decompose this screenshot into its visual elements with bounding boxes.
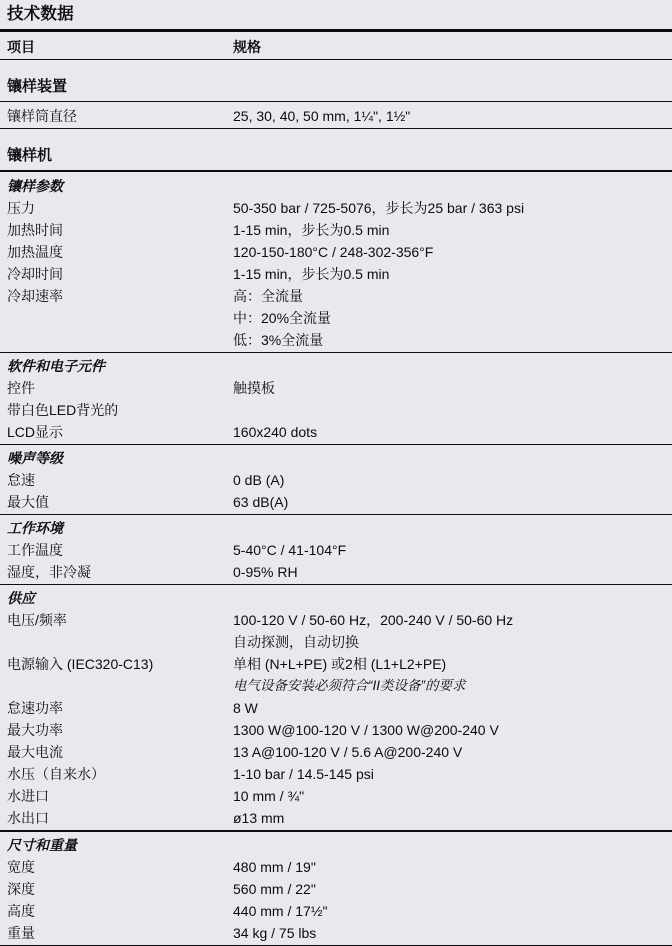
section: 镶样机镶样参数压力50-350 bar / 725-5076，步长为25 bar… bbox=[0, 148, 672, 946]
row-label: 最大电流 bbox=[0, 741, 233, 763]
row-value: 440 mm / 17½" bbox=[233, 900, 672, 922]
section-groups: 镶样筒直径25, 30, 40, 50 mm, 1¼", 1½" bbox=[0, 105, 672, 129]
row-value-line: 120-150-180°C / 248-302-356°F bbox=[233, 241, 666, 263]
column-header-item: 项目 bbox=[0, 40, 233, 55]
row-value: 480 mm / 19" bbox=[233, 856, 672, 878]
section-groups: 镶样参数压力50-350 bar / 725-5076，步长为25 bar / … bbox=[0, 175, 672, 946]
row-value: 63 dB(A) bbox=[233, 491, 672, 513]
group-divider bbox=[0, 830, 672, 831]
group-title: 供应 bbox=[0, 587, 672, 609]
row-value-line: 5-40°C / 41-104°F bbox=[233, 539, 666, 561]
row-value: 13 A@100-120 V / 5.6 A@200-240 V bbox=[233, 741, 672, 763]
spec-row: 加热时间1-15 min，步长为0.5 min bbox=[0, 219, 672, 241]
row-value-line: 1-10 bar / 14.5-145 psi bbox=[233, 763, 666, 785]
row-label: 冷却速率 bbox=[0, 285, 233, 307]
spec-row: 压力50-350 bar / 725-5076，步长为25 bar / 363 … bbox=[0, 197, 672, 219]
row-value-line: 1-15 min，步长为0.5 min bbox=[233, 219, 666, 241]
row-value-line: ø13 mm bbox=[233, 807, 666, 829]
header-divider bbox=[0, 59, 672, 61]
row-label: 加热温度 bbox=[0, 241, 233, 263]
row-label: 怠速 bbox=[0, 469, 233, 491]
row-value-line: 34 kg / 75 lbs bbox=[233, 922, 666, 944]
row-label: 湿度，非冷凝 bbox=[0, 561, 233, 583]
group-divider bbox=[0, 584, 672, 585]
spec-row: 高度440 mm / 17½" bbox=[0, 900, 672, 922]
row-label: 水压（自来水） bbox=[0, 763, 233, 785]
row-label: 电源输入 (IEC320-C13) bbox=[0, 653, 233, 675]
spec-row: 湿度，非冷凝0-95% RH bbox=[0, 561, 672, 583]
row-label: 冷却时间 bbox=[0, 263, 233, 285]
row-value-line: 电气设备安装必须符合“II类设备”的要求 bbox=[233, 675, 666, 697]
group-divider bbox=[0, 352, 672, 353]
row-value: 5-40°C / 41-104°F bbox=[233, 539, 672, 561]
spec-row: 最大值63 dB(A) bbox=[0, 491, 672, 513]
row-label: LCD显示 bbox=[0, 421, 233, 443]
page-title: 技术数据 bbox=[0, 6, 672, 29]
row-value-line: 25, 30, 40, 50 mm, 1¼", 1½" bbox=[233, 105, 666, 127]
group-title: 尺寸和重量 bbox=[0, 834, 672, 856]
row-value: 160x240 dots bbox=[233, 421, 672, 443]
row-value-line: 480 mm / 19" bbox=[233, 856, 666, 878]
spec-row: 工作温度5-40°C / 41-104°F bbox=[0, 539, 672, 561]
section-title: 镶样装置 bbox=[0, 79, 672, 101]
spec-row: 最大功率1300 W@100-120 V / 1300 W@200-240 V bbox=[0, 719, 672, 741]
row-value: ø13 mm bbox=[233, 807, 672, 829]
row-value: 1-10 bar / 14.5-145 psi bbox=[233, 763, 672, 785]
section: 镶样装置镶样筒直径25, 30, 40, 50 mm, 1¼", 1½" bbox=[0, 79, 672, 129]
spec-row: 水出口ø13 mm bbox=[0, 807, 672, 829]
section-title-divider bbox=[0, 170, 672, 171]
row-value-line: 10 mm / ¾" bbox=[233, 785, 666, 807]
row-label: 带白色LED背光的 bbox=[0, 399, 233, 421]
row-value: 50-350 bar / 725-5076，步长为25 bar / 363 ps… bbox=[233, 197, 672, 219]
row-value: 1300 W@100-120 V / 1300 W@200-240 V bbox=[233, 719, 672, 741]
spec-row: 怠速0 dB (A) bbox=[0, 469, 672, 491]
row-value-line: 1-15 min，步长为0.5 min bbox=[233, 263, 666, 285]
row-value: 触摸板 bbox=[233, 377, 672, 399]
row-label: 高度 bbox=[0, 900, 233, 922]
row-value: 10 mm / ¾" bbox=[233, 785, 672, 807]
row-value: 560 mm / 22" bbox=[233, 878, 672, 900]
row-value-line: 自动探测，自动切换 bbox=[233, 631, 666, 653]
section-title-divider bbox=[0, 101, 672, 102]
row-value-line: 63 dB(A) bbox=[233, 491, 666, 513]
row-label: 水出口 bbox=[0, 807, 233, 829]
group-divider bbox=[0, 444, 672, 445]
row-value-line: 低：3%全流量 bbox=[233, 329, 666, 351]
spec-row: 电压/频率100-120 V / 50-60 Hz，200-240 V / 50… bbox=[0, 609, 672, 653]
spec-row: 重量34 kg / 75 lbs bbox=[0, 922, 672, 944]
row-value-line: 触摸板 bbox=[233, 377, 666, 399]
row-label: 工作温度 bbox=[0, 539, 233, 561]
row-value: 1-15 min，步长为0.5 min bbox=[233, 219, 672, 241]
spec-row: 加热温度120-150-180°C / 248-302-356°F bbox=[0, 241, 672, 263]
row-label: 压力 bbox=[0, 197, 233, 219]
group-divider bbox=[0, 514, 672, 515]
spec-row: 水进口10 mm / ¾" bbox=[0, 785, 672, 807]
sections-container: 镶样装置镶样筒直径25, 30, 40, 50 mm, 1¼", 1½"镶样机镶… bbox=[0, 79, 672, 946]
row-label: 电压/频率 bbox=[0, 609, 233, 631]
spec-row: 镶样筒直径25, 30, 40, 50 mm, 1¼", 1½" bbox=[0, 105, 672, 127]
row-value: 0-95% RH bbox=[233, 561, 672, 583]
row-label: 最大值 bbox=[0, 491, 233, 513]
row-value-line: 0 dB (A) bbox=[233, 469, 666, 491]
row-value: 单相 (N+L+PE) 或2相 (L1+L2+PE)电气设备安装必须符合“II类… bbox=[233, 653, 672, 697]
row-label: 深度 bbox=[0, 878, 233, 900]
row-label: 重量 bbox=[0, 922, 233, 944]
spec-row: 冷却速率高：全流量中：20%全流量低：3%全流量 bbox=[0, 285, 672, 351]
row-label: 加热时间 bbox=[0, 219, 233, 241]
row-value-line: 13 A@100-120 V / 5.6 A@200-240 V bbox=[233, 741, 666, 763]
row-label: 最大功率 bbox=[0, 719, 233, 741]
spec-row: 冷却时间1-15 min，步长为0.5 min bbox=[0, 263, 672, 285]
row-value: 高：全流量中：20%全流量低：3%全流量 bbox=[233, 285, 672, 351]
spec-row: 电源输入 (IEC320-C13)单相 (N+L+PE) 或2相 (L1+L2+… bbox=[0, 653, 672, 697]
row-value: 34 kg / 75 lbs bbox=[233, 922, 672, 944]
row-label: 怠速功率 bbox=[0, 697, 233, 719]
row-value-line: 50-350 bar / 725-5076，步长为25 bar / 363 ps… bbox=[233, 197, 666, 219]
group-title: 软件和电子元件 bbox=[0, 355, 672, 377]
row-value-line: 160x240 dots bbox=[233, 421, 666, 443]
row-label: 宽度 bbox=[0, 856, 233, 878]
row-value-line: 高：全流量 bbox=[233, 285, 666, 307]
spec-row: 深度560 mm / 22" bbox=[0, 878, 672, 900]
row-label: 镶样筒直径 bbox=[0, 105, 233, 127]
spec-row: 最大电流13 A@100-120 V / 5.6 A@200-240 V bbox=[0, 741, 672, 763]
table-header-row: 项目 规格 bbox=[0, 32, 672, 59]
column-header-spec: 规格 bbox=[233, 40, 672, 55]
row-value: 1-15 min，步长为0.5 min bbox=[233, 263, 672, 285]
spec-row: 怠速功率8 W bbox=[0, 697, 672, 719]
row-value: 100-120 V / 50-60 Hz，200-240 V / 50-60 H… bbox=[233, 609, 672, 653]
group-divider bbox=[0, 128, 672, 129]
group-title: 噪声等级 bbox=[0, 447, 672, 469]
row-label: 控件 bbox=[0, 377, 233, 399]
row-value-line: 中：20%全流量 bbox=[233, 307, 666, 329]
row-value: 0 dB (A) bbox=[233, 469, 672, 491]
row-value-line: 1300 W@100-120 V / 1300 W@200-240 V bbox=[233, 719, 666, 741]
row-value-line: 100-120 V / 50-60 Hz，200-240 V / 50-60 H… bbox=[233, 609, 666, 631]
spec-row: 水压（自来水）1-10 bar / 14.5-145 psi bbox=[0, 763, 672, 785]
row-value: 25, 30, 40, 50 mm, 1¼", 1½" bbox=[233, 105, 672, 127]
technical-data-sheet: 技术数据 项目 规格 镶样装置镶样筒直径25, 30, 40, 50 mm, 1… bbox=[0, 0, 672, 946]
spec-row: LCD显示160x240 dots bbox=[0, 421, 672, 443]
section-title: 镶样机 bbox=[0, 148, 672, 170]
row-value-line: 0-95% RH bbox=[233, 561, 666, 583]
row-value: 120-150-180°C / 248-302-356°F bbox=[233, 241, 672, 263]
spec-row: 宽度480 mm / 19" bbox=[0, 856, 672, 878]
row-label: 水进口 bbox=[0, 785, 233, 807]
spec-row: 控件触摸板 bbox=[0, 377, 672, 399]
group-title: 镶样参数 bbox=[0, 175, 672, 197]
row-value-line: 560 mm / 22" bbox=[233, 878, 666, 900]
row-value-line: 8 W bbox=[233, 697, 666, 719]
row-value-line: 单相 (N+L+PE) 或2相 (L1+L2+PE) bbox=[233, 653, 666, 675]
row-value: 8 W bbox=[233, 697, 672, 719]
spec-row: 带白色LED背光的 bbox=[0, 399, 672, 421]
group-title: 工作环境 bbox=[0, 517, 672, 539]
row-value-line: 440 mm / 17½" bbox=[233, 900, 666, 922]
